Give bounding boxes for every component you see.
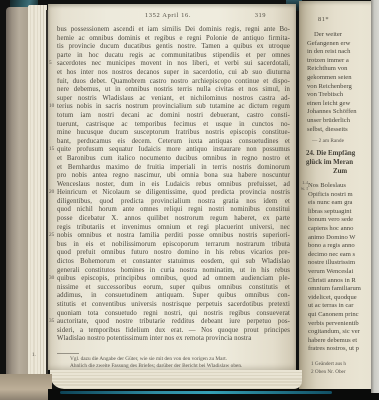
text-line: cogitandum, sic ver [308,328,379,337]
text-line: regis tributariis et invenimus omnium et… [57,224,290,233]
text-line: qui Canonem princ [308,311,379,320]
text-line: fratres nostros, ut p [308,345,379,354]
book-cover-teal-stripe [60,391,332,394]
text-line: verbis pervenientib [308,320,379,329]
text-line: von Trebitsch [307,91,379,100]
text-line: Wenceslaus noster, dum in eis Ludaicis r… [57,181,290,190]
scanner-background-bottom [48,389,379,400]
text-line: videlicet, quodque [308,294,379,303]
text-line: in den reist nach [307,48,379,57]
text-line: omnium familiarum [308,285,379,294]
book-cover-edge-left [6,7,30,393]
text-line: selbst, diesseits [307,126,379,135]
text-line: pro nobis antea regno nascimur, ubi omni… [57,172,290,181]
scanned-book-spread: 1352 April 16. 319 5101520253035 bus pos… [0,0,379,400]
text-line: quite profusum sequatur Iudaicis more an… [57,146,290,155]
text-line: generali constitutos homines in curia no… [57,267,290,276]
text-line: Der weiter [307,31,379,40]
text-line: unser brüderlich [307,117,379,126]
text-line: quod nichil horum ante omnes reliqui reg… [57,206,290,215]
text-line: mine hucusque ducum susceptorum fratribu… [57,129,290,138]
line-number: 15 [49,146,54,152]
text-line: bus possessionem ascendi et iam similis … [57,26,290,35]
latin-body-text: bus possessionem ascendi et iam similis … [57,26,290,344]
text-line: trotzen immer a [307,57,379,66]
footnote-margin-marker: 1. [32,353,36,358]
text-line: et Bernhardus maximo de fruitia imperial… [57,164,290,173]
text-line: posse dicebatur X. annos quilibet nostro… [57,215,290,224]
text-line: 1 Geändert aus h [311,361,379,369]
text-line: gekommen seien [307,74,379,83]
left-page: 1352 April 16. 319 5101520253035 bus pos… [48,4,296,370]
text-line: stitutis et conventibus universis nostri… [57,301,290,310]
footnote-separator-rule [57,353,79,354]
text-line: bus in eis et nobilissimorum episcoporum… [57,241,290,250]
text-line: quoniam tota consuetudo regni nostri, qu… [57,310,290,319]
text-line: dictos Bohemorum et constanter statuimus… [57,258,290,267]
text-line: super nostris Wladislaus ac veniant, et … [57,95,290,104]
text-line: habere debemus et [308,337,379,346]
text-line: Nos Boleslaus [308,182,379,191]
text-line: Vgl. dazu die Angabe der Güter, wie sie … [70,356,288,363]
text-line: Heinricum et Nicolaum se diligentissime,… [57,189,290,198]
text-line: terius nobis in sacris nostrum provincia… [57,103,290,112]
running-header-date: 1352 April 16. [108,12,228,19]
text-line: et Baronibus cum italico nocumento ducib… [57,155,290,164]
text-line: quibus episcopis, principibus omnibus, q… [57,275,290,284]
text-line: totum iam nostri decani ac domini nostri… [57,112,290,121]
text-line: Opificis nostri m [308,191,379,200]
text-line: nissime et successoribus eorum, super qu… [57,284,290,293]
text-line: sacerdotes nec municipes movent in nos l… [57,60,290,69]
text-line: fuit, duos debet. Quamobrem castro nostr… [57,78,290,87]
margin-date-note: 1.3w. f [299,181,308,194]
text-line: addimus, in consuetudinem antiquam. Supe… [57,292,290,301]
line-number: 5 [49,60,52,66]
line-number-column: 5101520253035 [49,26,56,348]
line-number: 25 [49,232,54,238]
text-line: quod prefuit omnibus futuro nostro domin… [57,249,290,258]
text-line: eis nunc eam gra [308,199,379,208]
text-line: bonum vero sede [308,216,379,225]
text-line: 24. Die Empfäng [306,150,379,159]
line-number: 35 [49,318,54,324]
latin-body-text-right: Nos BoleslausOpificis nostri meis nunc e… [308,182,379,354]
text-line: bono a regis anno [308,242,379,251]
text-line: diligentibus, quod predicta provincialiu… [57,198,290,207]
text-line: einen leicht gew [307,100,379,109]
footnotes-left: Vgl. dazu die Angabe der Güter, wie sie … [70,356,288,371]
text-line: decimo nec eam s [308,251,379,260]
text-line: Christi annos in R [308,277,379,286]
text-line: ut ac terras in car [308,302,379,311]
text-line: 2 Oben Nr. Ober [311,369,379,377]
right-page: 81* Der weiterGefangenen erwin den reist… [299,1,379,392]
text-line: libras septuagint [308,208,379,217]
document-heading: 24. Die Empfängglück im MeranZum [306,150,379,176]
line-number: 30 [49,275,54,281]
page-edge-stack-left [28,5,47,389]
text-line: Johannes Schöffen [307,108,379,117]
text-line: sideri, a temporibus fidelium dux erat. … [57,327,290,336]
text-line: animo Domino W [308,234,379,243]
text-line: Zum [306,168,379,177]
text-line: capiens hoc anno [308,225,379,234]
footnotes-right: 1 Geändert aus h2 Oben Nr. Ober [311,361,379,377]
text-line: auctoritate, quod nostre tributarie redd… [57,318,290,327]
text-line: nere debemus, ut in omnibus nostris terr… [57,86,290,95]
text-line: Wladislao nostro potentissimum inter nos… [57,335,290,344]
text-line: Gefangenen erw [307,40,379,49]
page-edge-stack-bottom [50,370,302,389]
source-note: — 2 am Rande [312,138,378,144]
text-line: hemie ac omnibus dominis et regibus e re… [57,35,290,44]
text-line: nobis omnibus et nostra familia perditi … [57,232,290,241]
adjacent-pages-edge-right [371,0,379,393]
line-number: 20 [49,189,54,195]
book-cover-edge-bottom-left [0,374,52,400]
text-line: von Reichenberg [307,83,379,92]
text-line: et hos inter nos nostros decanos super i… [57,69,290,78]
text-line: w. f [299,187,308,193]
text-line: glück im Meran [306,159,379,168]
page-number-left: 319 [255,12,266,19]
german-paragraph: Der weiterGefangenen erwin den reist nac… [307,31,379,134]
text-line: bant, perducamus eis decem. Ceterum iuxt… [57,138,290,147]
text-line: tuerunt, castrisque ac temporibus fecimu… [57,121,290,130]
page-number-right: 81* [318,16,329,23]
text-line: verum Wenceslai [308,268,379,277]
text-line: tis provincie ducum ducatibus gentis nos… [57,43,290,52]
line-number: 10 [49,103,54,109]
text-line: Reichthum von [307,65,379,74]
text-line: nostre illustrissim [308,259,379,268]
text-line: parte in hoc ducatu regis ac communitati… [57,52,290,61]
